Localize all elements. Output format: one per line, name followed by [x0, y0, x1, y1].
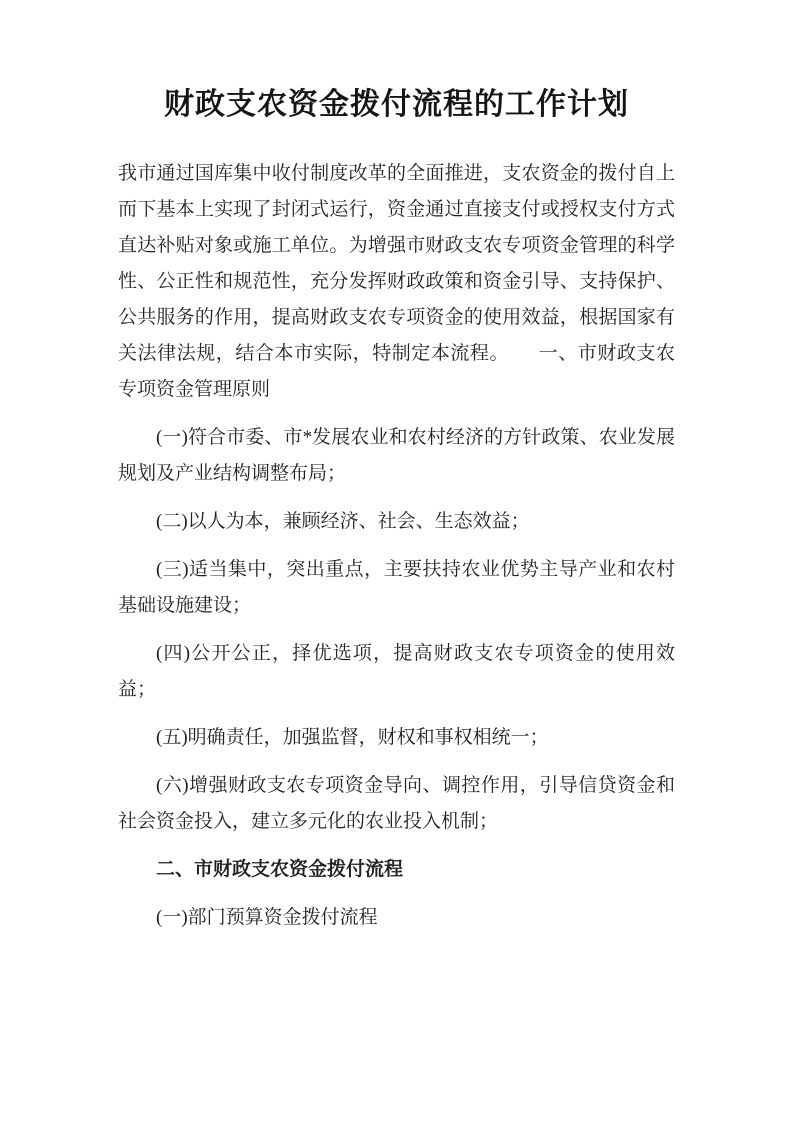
document-title: 财政支农资金拨付流程的工作计划 — [118, 84, 675, 126]
paragraph-intro: 我市通过国库集中收付制度改革的全面推进，支农资金的拨付自上而下基本上实现了封闭式… — [118, 156, 675, 408]
document-content: 财政支农资金拨付流程的工作计划 我市通过国库集中收付制度改革的全面推进，支农资金… — [0, 0, 793, 936]
paragraph-principle-2: (二)以人为本，兼顾经济、社会、生态效益； — [118, 504, 675, 540]
section-heading-2: 二、市财政支农资金拨付流程 — [118, 852, 675, 888]
document-page: 财政支农资金拨付流程的工作计划 我市通过国库集中收付制度改革的全面推进，支农资金… — [0, 0, 793, 1122]
paragraph-principle-6: (六)增强财政支农专项资金导向、调控作用，引导信贷资金和社会资金投入，建立多元化… — [118, 768, 675, 840]
paragraph-principle-4: (四)公开公正，择优选项，提高财政支农专项资金的使用效益； — [118, 636, 675, 708]
paragraph-principle-3: (三)适当集中，突出重点，主要扶持农业优势主导产业和农村基础设施建设； — [118, 552, 675, 624]
paragraph-subsection-1: (一)部门预算资金拨付流程 — [118, 900, 675, 936]
paragraph-principle-1: (一)符合市委、市*发展农业和农村经济的方针政策、农业发展规划及产业结构调整布局… — [118, 420, 675, 492]
paragraph-principle-5: (五)明确责任，加强监督，财权和事权相统一； — [118, 720, 675, 756]
document-body: 我市通过国库集中收付制度改革的全面推进，支农资金的拨付自上而下基本上实现了封闭式… — [118, 156, 675, 936]
